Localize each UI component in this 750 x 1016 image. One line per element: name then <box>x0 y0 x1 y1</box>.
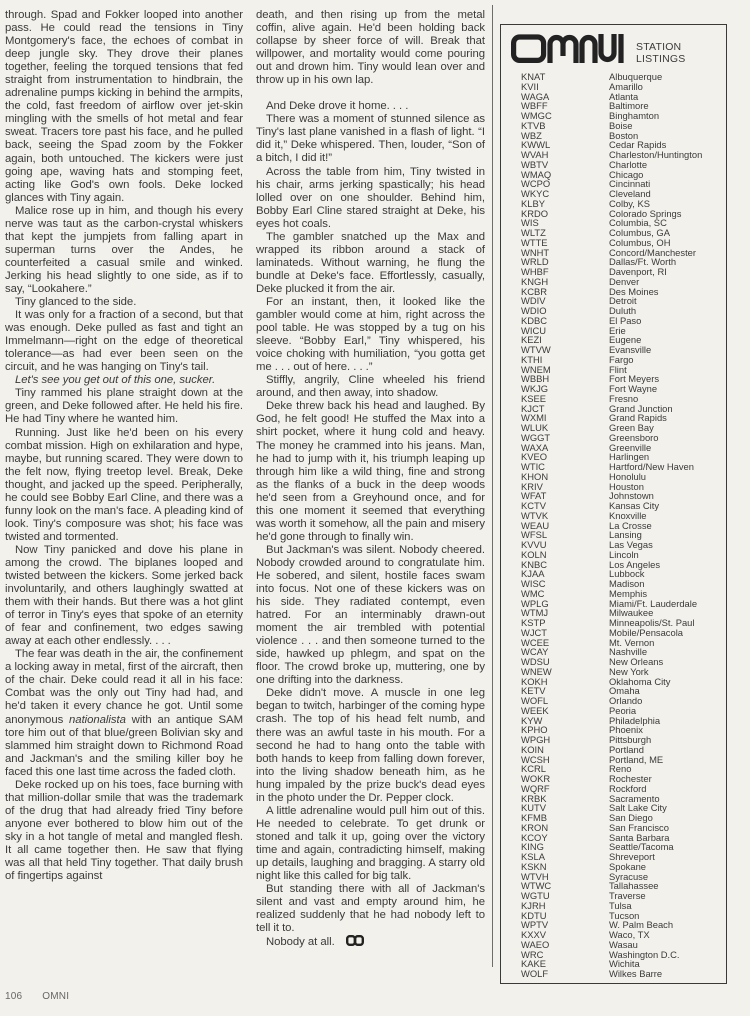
final-paragraph: Nobody at all. <box>256 935 485 950</box>
station-list: KNATAlbuquerqueKVIIAmarilloWAGAAtlantaWB… <box>521 72 702 979</box>
paragraph: The fear was death in the air, the confi… <box>5 648 243 778</box>
magazine-name: OMNI <box>42 991 69 1002</box>
paragraph-text: Nobody at all. <box>266 936 335 948</box>
listings-title: STATION LISTINGS <box>636 41 685 65</box>
paragraph: Deke threw back his head and laughed. By… <box>256 400 485 544</box>
paragraph: Malice rose up in him, and though his ev… <box>5 205 243 296</box>
paragraph: But standing there with all of Jackman's… <box>256 883 485 935</box>
paragraph: But Jackman's was silent. Nobody cheered… <box>256 544 485 688</box>
paragraph: The gambler snatched up the Max and wrap… <box>256 231 485 296</box>
paragraph: For an instant, then, it looked like the… <box>256 296 485 374</box>
paragraph: Now Tiny panicked and dove his plane in … <box>5 544 243 648</box>
paragraph: And Deke drove it home. . . . <box>256 100 485 113</box>
page-footer: 106OMNI <box>5 991 89 1002</box>
paragraph: Tiny glanced to the side. <box>5 296 243 309</box>
story-column-2: death, and then rising up from the metal… <box>256 9 485 950</box>
italic-thought-paragraph: Let's see you get out of this one, sucke… <box>5 374 243 387</box>
italic-word: nationalista <box>69 714 126 726</box>
paragraph: Deke didn't move. A muscle in one leg be… <box>256 687 485 804</box>
listings-title-line2: LISTINGS <box>636 53 685 65</box>
column-divider <box>492 5 493 967</box>
story-column-1: through. Spad and Fokker looped into ano… <box>5 9 243 883</box>
paragraph: Running. Just like he'd been on his ever… <box>5 427 243 544</box>
station-call-sign: WOLF <box>521 969 609 979</box>
paragraph: Tiny rammed his plane straight down at t… <box>5 387 243 426</box>
paragraph: It was only for a fraction of a second, … <box>5 309 243 374</box>
paragraph: death, and then rising up from the metal… <box>256 9 485 87</box>
paragraph: Stiffly, angrily, Cline wheeled his frie… <box>256 374 485 400</box>
paragraph: Across the table from him, Tiny twisted … <box>256 166 485 231</box>
paragraph: through. Spad and Fokker looped into ano… <box>5 9 243 205</box>
omni-logo-icon <box>511 34 629 63</box>
station-city: Wilkes Barre <box>609 969 662 979</box>
paragraph: Deke rocked up on his toes, face burning… <box>5 779 243 883</box>
omni-end-mark-icon <box>336 935 364 950</box>
station-row: WOLFWilkes Barre <box>521 969 702 979</box>
page-number: 106 <box>5 991 22 1002</box>
paragraph: There was a moment of stunned silence as… <box>256 113 485 165</box>
paragraph: A little adrenaline would pull him out o… <box>256 805 485 883</box>
listings-title-line1: STATION <box>636 41 685 53</box>
station-listings-box: STATION LISTINGS KNATAlbuquerqueKVIIAmar… <box>500 24 727 984</box>
listings-header: STATION LISTINGS <box>511 34 685 65</box>
